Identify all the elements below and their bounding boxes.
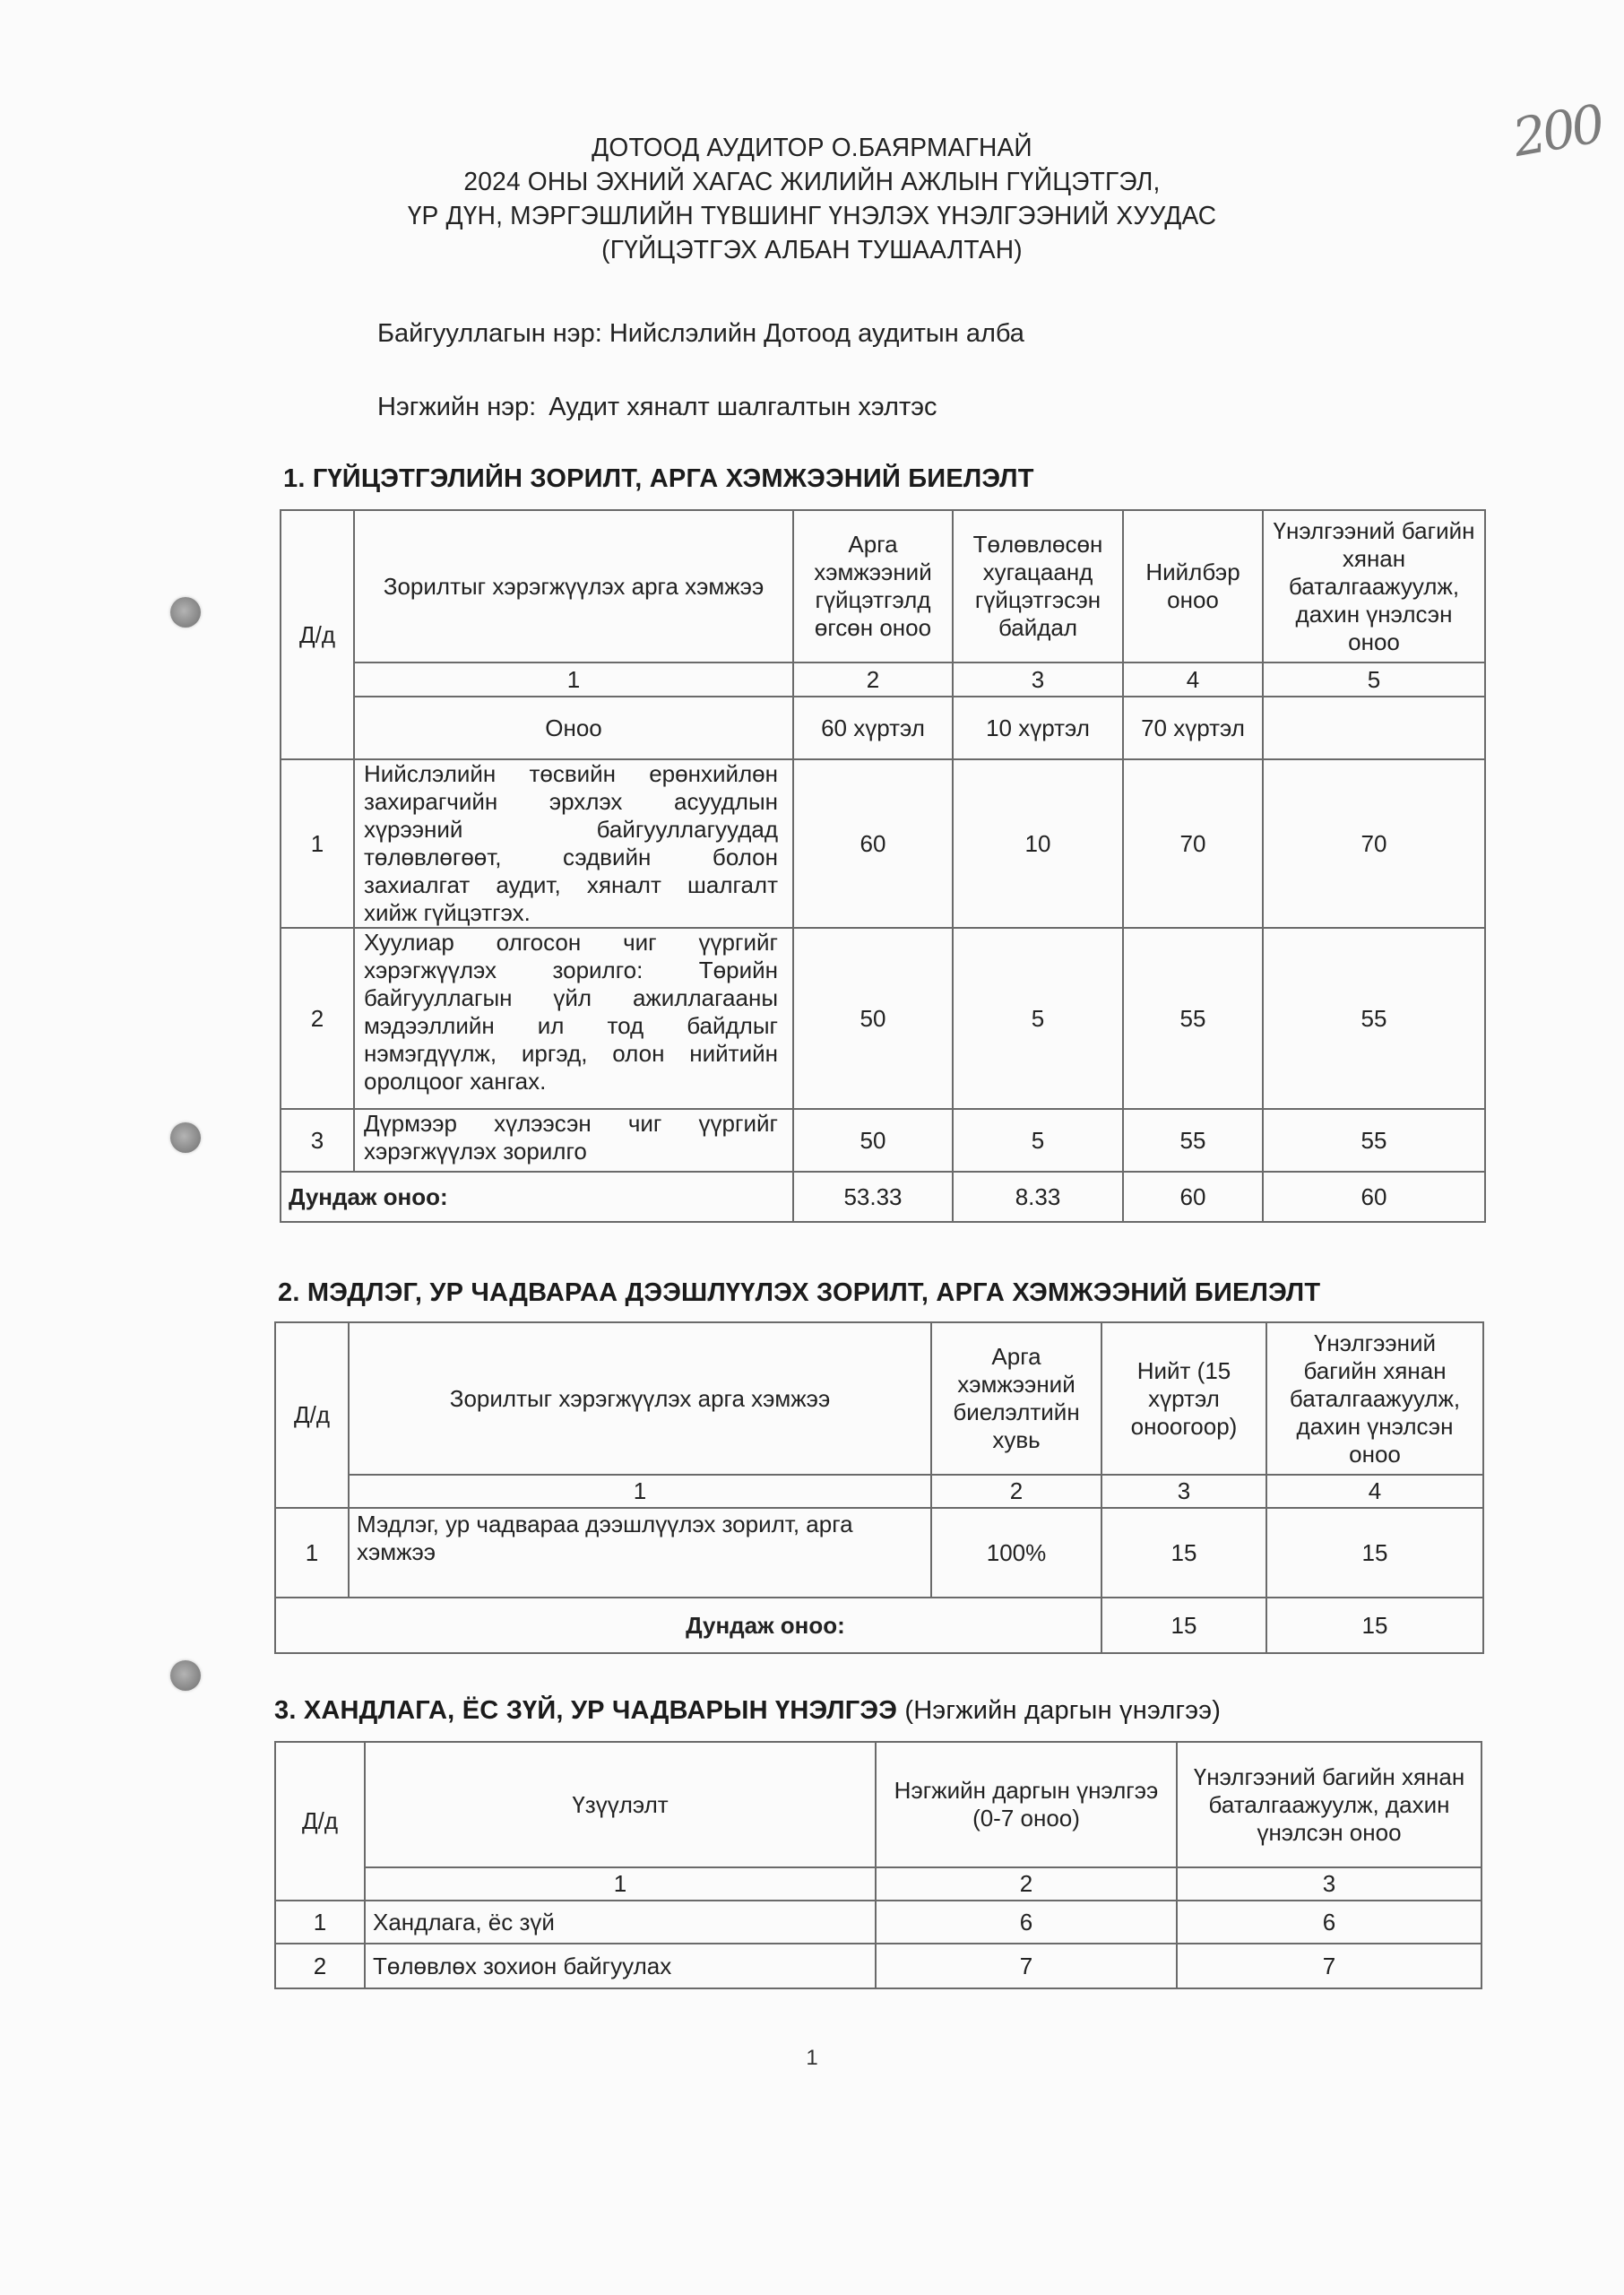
table-row: 2 Хуулиар олгосон чиг үүргийг хэрэгжүүлэ…	[281, 928, 1485, 1109]
average-row: Дундаж оноо: 53.33 8.33 60 60	[281, 1172, 1485, 1222]
column-number: 3	[1177, 1867, 1481, 1901]
unit-value: Аудит хяналт шалгалтын хэлтэс	[549, 393, 937, 421]
title-line-2: 2024 ОНЫ ЭХНИЙ ХАГАС ЖИЛИЙН АЖЛЫН ГҮЙЦЭТ…	[24, 165, 1600, 199]
average-row: Дундаж оноо: 15 15	[275, 1598, 1483, 1653]
average-col4: 15	[1266, 1598, 1483, 1653]
header-col4: Үнэлгээний багийн хянан баталгаажуулж, д…	[1266, 1322, 1483, 1475]
table-header-row: Д/д Үзүүлэлт Нэгжийн даргын үнэлгээ (0-7…	[275, 1742, 1481, 1867]
header-measure: Зорилтыг хэрэгжүүлэх арга хэмжээ	[354, 510, 793, 663]
row-criterion: Төлөвлөх зохион байгуулах	[365, 1944, 876, 1988]
score-limit-row: Оноо 60 хүртэл 10 хүртэл 70 хүртэл	[281, 697, 1485, 759]
row-no: 2	[281, 928, 354, 1109]
row-measure: Дүрмээр хүлээсэн чиг үүргийг хэрэгжүүлэх…	[354, 1109, 793, 1172]
column-number: 1	[354, 663, 793, 697]
row-col2: 50	[793, 1109, 953, 1172]
column-number: 4	[1266, 1475, 1483, 1508]
unit-name: Нэгжийн нэр: Аудит хяналт шалгалтын хэлт…	[377, 393, 937, 422]
document-title: ДОТООД АУДИТОР О.БАЯРМАГНАЙ 2024 ОНЫ ЭХН…	[0, 131, 1624, 267]
table-header-row: Д/д Зорилтыг хэрэгжүүлэх арга хэмжээ Арг…	[275, 1322, 1483, 1475]
row-measure: Мэдлэг, ур чадвараа дээшлүүлэх зорилт, а…	[349, 1508, 931, 1598]
score-limit-col2: 60 хүртэл	[793, 697, 953, 759]
section-3-title: 3. ХАНДЛАГА, ЁС ЗҮЙ, УР ЧАДВАРЫН ҮНЭЛГЭЭ…	[274, 1696, 1221, 1726]
row-col4: 55	[1123, 928, 1263, 1109]
score-limit-col3: 10 хүртэл	[953, 697, 1123, 759]
column-number: 2	[876, 1867, 1177, 1901]
page-number: 1	[0, 2046, 1624, 2071]
title-line-4: (ГҮЙЦЭТГЭХ АЛБАН ТУШААЛТАН)	[24, 233, 1600, 267]
header-col2: Арга хэмжээний гүйцэтгэлд өгсөн оноо	[793, 510, 953, 663]
row-col3: 15	[1101, 1508, 1266, 1598]
header-col2: Арга хэмжээний биелэлтийн хувь	[931, 1322, 1101, 1475]
average-col2: 53.33	[793, 1172, 953, 1222]
section-3-table: Д/д Үзүүлэлт Нэгжийн даргын үнэлгээ (0-7…	[274, 1741, 1482, 1989]
table-row: 2 Төлөвлөх зохион байгуулах 7 7	[275, 1944, 1481, 1988]
header-col5: Үнэлгээний багийн хянан баталгаажуулж, д…	[1263, 510, 1485, 663]
row-measure: Хуулиар олгосон чиг үүргийг хэрэгжүүлэх …	[354, 928, 793, 1109]
column-number-row: 1 2 3	[275, 1867, 1481, 1901]
score-limit-col4: 70 хүртэл	[1123, 697, 1263, 759]
score-limit-col5	[1263, 697, 1485, 759]
punch-hole-2	[170, 1122, 201, 1153]
header-col3: Төлөвлөсөн хугацаанд гүйцэтгэсэн байдал	[953, 510, 1123, 663]
title-line-1: ДОТООД АУДИТОР О.БАЯРМАГНАЙ	[24, 131, 1600, 165]
title-line-3: ҮР ДҮН, МЭРГЭШЛИЙН ТҮВШИНГ ҮНЭЛЭХ ҮНЭЛГЭ…	[24, 199, 1600, 233]
row-no: 1	[275, 1508, 349, 1598]
section-1-title: 1. ГҮЙЦЭТГЭЛИЙН ЗОРИЛТ, АРГА ХЭМЖЭЭНИЙ Б…	[283, 464, 1034, 494]
column-number: 2	[793, 663, 953, 697]
table-row: 3 Дүрмээр хүлээсэн чиг үүргийг хэрэгжүүл…	[281, 1109, 1485, 1172]
header-col2: Нэгжийн даргын үнэлгээ (0-7 оноо)	[876, 1742, 1177, 1867]
column-number: 3	[1101, 1475, 1266, 1508]
column-number: 1	[365, 1867, 876, 1901]
row-col4: 15	[1266, 1508, 1483, 1598]
header-no: Д/д	[281, 510, 354, 759]
row-col4: 55	[1123, 1109, 1263, 1172]
average-label: Дундаж оноо:	[281, 1172, 793, 1222]
punch-hole-1	[170, 597, 201, 628]
column-number: 4	[1123, 663, 1263, 697]
row-col2: 6	[876, 1901, 1177, 1944]
header-no: Д/д	[275, 1742, 365, 1901]
section-3-title-suffix: (Нэгжийн даргын үнэлгээ)	[904, 1696, 1221, 1725]
average-col4: 60	[1123, 1172, 1263, 1222]
row-col5: 70	[1263, 759, 1485, 928]
column-number: 3	[953, 663, 1123, 697]
header-col3: Нийт (15 хүртэл оноогоор)	[1101, 1322, 1266, 1475]
header-no: Д/д	[275, 1322, 349, 1508]
column-number: 2	[931, 1475, 1101, 1508]
row-col5: 55	[1263, 1109, 1485, 1172]
section-1-table: Д/д Зорилтыг хэрэгжүүлэх арга хэмжээ Арг…	[280, 509, 1486, 1223]
section-2-title: 2. МЭДЛЭГ, УР ЧАДВАРАА ДЭЭШЛҮҮЛЭХ ЗОРИЛТ…	[278, 1278, 1320, 1308]
organization-label: Байгууллагын нэр:	[377, 319, 602, 348]
row-col2: 60	[793, 759, 953, 928]
score-label: Оноо	[354, 697, 793, 759]
average-col3: 8.33	[953, 1172, 1123, 1222]
average-col3: 15	[1101, 1598, 1266, 1653]
table-row: 1 Хандлага, ёс зүй 6 6	[275, 1901, 1481, 1944]
row-col3: 5	[953, 1109, 1123, 1172]
row-col2: 100%	[931, 1508, 1101, 1598]
column-number-row: 1 2 3 4	[275, 1475, 1483, 1508]
column-number: 5	[1263, 663, 1485, 697]
table-row: 1 Мэдлэг, ур чадвараа дээшлүүлэх зорилт,…	[275, 1508, 1483, 1598]
unit-label: Нэгжийн нэр:	[377, 393, 536, 421]
section-2-table: Д/д Зорилтыг хэрэгжүүлэх арга хэмжээ Арг…	[274, 1321, 1484, 1654]
punch-hole-3	[170, 1660, 201, 1691]
row-no: 1	[281, 759, 354, 928]
row-col3: 10	[953, 759, 1123, 928]
row-col4: 70	[1123, 759, 1263, 928]
row-no: 2	[275, 1944, 365, 1988]
row-col5: 55	[1263, 928, 1485, 1109]
row-col3: 5	[953, 928, 1123, 1109]
table-header-row: Д/д Зорилтыг хэрэгжүүлэх арга хэмжээ Арг…	[281, 510, 1485, 663]
table-row: 1 Нийслэлийн төсвийн ерөнхийлөн захирагч…	[281, 759, 1485, 928]
column-number: 1	[349, 1475, 931, 1508]
row-col2: 50	[793, 928, 953, 1109]
header-measure: Зорилтыг хэрэгжүүлэх арга хэмжээ	[349, 1322, 931, 1475]
row-measure: Нийслэлийн төсвийн ерөнхийлөн захирагчий…	[354, 759, 793, 928]
header-col3: Үнэлгээний багийн хянан баталгаажуулж, д…	[1177, 1742, 1481, 1867]
row-criterion: Хандлага, ёс зүй	[365, 1901, 876, 1944]
row-no: 1	[275, 1901, 365, 1944]
row-col3: 7	[1177, 1944, 1481, 1988]
organization-name: Байгууллагын нэр: Нийслэлийн Дотоод ауди…	[377, 319, 1024, 349]
average-col5: 60	[1263, 1172, 1485, 1222]
section-3-title-main: 3. ХАНДЛАГА, ЁС ЗҮЙ, УР ЧАДВАРЫН ҮНЭЛГЭЭ	[274, 1696, 897, 1725]
header-criterion: Үзүүлэлт	[365, 1742, 876, 1867]
row-no: 3	[281, 1109, 354, 1172]
header-col4: Нийлбэр оноо	[1123, 510, 1263, 663]
row-col2: 7	[876, 1944, 1177, 1988]
organization-value: Нийслэлийн Дотоод аудитын алба	[609, 319, 1024, 348]
average-label: Дундаж оноо:	[275, 1598, 1101, 1653]
column-number-row: 1 2 3 4 5	[281, 663, 1485, 697]
row-col3: 6	[1177, 1901, 1481, 1944]
